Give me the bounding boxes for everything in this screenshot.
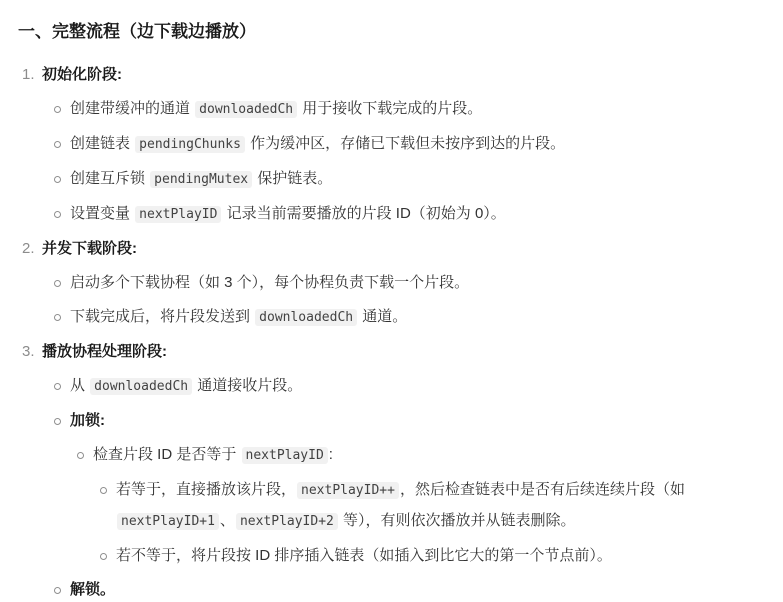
inline-code: pendingChunks	[135, 136, 245, 153]
section-content: 播放协程处理阶段:从 downloadedCh 通道接收片段。加锁:检查片段 I…	[42, 337, 765, 602]
inline-code: downloadedCh	[255, 309, 357, 326]
text-run: 通道接收片段。	[193, 377, 302, 394]
list-item: 创建链表 pendingChunks 作为缓冲区，存储已下载但未按序到达的片段。	[52, 129, 765, 164]
text-run: 、	[220, 512, 235, 529]
text-run: 创建带缓冲的通道	[70, 100, 194, 117]
list-item-content: 从 downloadedCh 通道接收片段。	[70, 371, 765, 406]
section-title: 播放协程处理阶段:	[42, 337, 765, 367]
list-item-content: 创建带缓冲的通道 downloadedCh 用于接收下载完成的片段。	[70, 94, 765, 129]
list-item: 从 downloadedCh 通道接收片段。	[52, 371, 765, 406]
list-item-text: 从 downloadedCh 通道接收片段。	[70, 371, 765, 402]
inline-code: nextPlayID	[135, 206, 221, 223]
numbered-section: 1.初始化阶段:创建带缓冲的通道 downloadedCh 用于接收下载完成的片…	[22, 60, 765, 234]
text-run: 创建链表	[70, 135, 134, 152]
section-title: 初始化阶段:	[42, 60, 765, 90]
text-run: :	[329, 446, 333, 463]
section-title: 并发下载阶段:	[42, 234, 765, 264]
text-run: 创建互斥锁	[70, 170, 149, 187]
bold-text: 解锁。	[70, 581, 115, 598]
list-item: 加锁:检查片段 ID 是否等于 nextPlayID:若等于，直接播放该片段，n…	[52, 406, 765, 575]
list-item: 创建互斥锁 pendingMutex 保护链表。	[52, 164, 765, 199]
circle-bullet-icon	[52, 268, 70, 298]
list-item-content: 创建链表 pendingChunks 作为缓冲区，存储已下载但未按序到达的片段。	[70, 129, 765, 164]
list-item-text: 加锁:	[70, 406, 765, 436]
text-run: 通道。	[358, 308, 407, 325]
circle-glyph	[54, 418, 61, 425]
circle-glyph	[54, 280, 61, 287]
text-run: 若等于，直接播放该片段，	[116, 481, 296, 498]
list-item-text: 下载完成后，将片段发送到 downloadedCh 通道。	[70, 302, 765, 333]
list-item-content: 创建互斥锁 pendingMutex 保护链表。	[70, 164, 765, 199]
bold-text: 加锁:	[70, 412, 105, 429]
circle-glyph	[54, 211, 61, 218]
list-item-content: 加锁:检查片段 ID 是否等于 nextPlayID:若等于，直接播放该片段，n…	[70, 406, 765, 575]
circle-glyph	[100, 487, 107, 494]
list-item: 设置变量 nextPlayID 记录当前需要播放的片段 ID（初始为 0）。	[52, 199, 765, 234]
circle-bullet-icon	[52, 371, 70, 401]
text-run: 设置变量	[70, 205, 134, 222]
list-item-text: 创建链表 pendingChunks 作为缓冲区，存储已下载但未按序到达的片段。	[70, 129, 765, 160]
main-ordered-list: 1.初始化阶段:创建带缓冲的通道 downloadedCh 用于接收下载完成的片…	[18, 60, 765, 602]
text-run: 等），有则依次播放并从链表删除。	[339, 512, 576, 529]
list-number: 2.	[22, 234, 42, 264]
list-item-content: 启动多个下载协程（如 3 个），每个协程负责下载一个片段。	[70, 268, 765, 302]
list-item-content: 下载完成后，将片段发送到 downloadedCh 通道。	[70, 302, 765, 337]
circle-bullet-icon	[98, 541, 116, 571]
list-item-content: 若不等于，将片段按 ID 排序插入链表（如插入到比它大的第一个节点前）。	[116, 541, 765, 575]
list-item-content: 解锁。	[70, 575, 765, 602]
text-run: ，然后检查链表中是否有后续连续片段（如	[400, 481, 685, 498]
text-run: 保护链表。	[253, 170, 332, 187]
page-title: 一、完整流程（边下载边播放）	[18, 20, 765, 44]
list-item-text: 设置变量 nextPlayID 记录当前需要播放的片段 ID（初始为 0）。	[70, 199, 765, 230]
inline-code: nextPlayID++	[297, 482, 399, 499]
list-item: 检查片段 ID 是否等于 nextPlayID:若等于，直接播放该片段，next…	[75, 440, 765, 575]
section-content: 并发下载阶段:启动多个下载协程（如 3 个），每个协程负责下载一个片段。下载完成…	[42, 234, 765, 337]
numbered-section: 3.播放协程处理阶段:从 downloadedCh 通道接收片段。加锁:检查片段…	[22, 337, 765, 602]
list-item-text: 创建互斥锁 pendingMutex 保护链表。	[70, 164, 765, 195]
list-item: 若等于，直接播放该片段，nextPlayID++，然后检查链表中是否有后续连续片…	[98, 475, 765, 541]
list-item-content: 设置变量 nextPlayID 记录当前需要播放的片段 ID（初始为 0）。	[70, 199, 765, 234]
text-run: 用于接收下载完成的片段。	[298, 100, 482, 117]
circle-bullet-icon	[52, 406, 70, 436]
text-run: 作为缓冲区，存储已下载但未按序到达的片段。	[246, 135, 565, 152]
list-item-text: 若不等于，将片段按 ID 排序插入链表（如插入到比它大的第一个节点前）。	[116, 541, 765, 571]
inline-code: nextPlayID+2	[236, 513, 338, 530]
section-content: 初始化阶段:创建带缓冲的通道 downloadedCh 用于接收下载完成的片段。…	[42, 60, 765, 234]
inline-code: downloadedCh	[195, 101, 297, 118]
list-item: 下载完成后，将片段发送到 downloadedCh 通道。	[52, 302, 765, 337]
text-run: 下载完成后，将片段发送到	[70, 308, 254, 325]
circle-bullet-icon	[98, 475, 116, 505]
circle-glyph	[54, 176, 61, 183]
list-item-text: 若等于，直接播放该片段，nextPlayID++，然后检查链表中是否有后续连续片…	[116, 475, 765, 537]
numbered-section: 2.并发下载阶段:启动多个下载协程（如 3 个），每个协程负责下载一个片段。下载…	[22, 234, 765, 337]
circle-glyph	[100, 553, 107, 560]
circle-glyph	[77, 452, 84, 459]
list-item: 启动多个下载协程（如 3 个），每个协程负责下载一个片段。	[52, 268, 765, 302]
circle-glyph	[54, 383, 61, 390]
bullet-list: 从 downloadedCh 通道接收片段。加锁:检查片段 ID 是否等于 ne…	[42, 371, 765, 602]
list-item-text: 创建带缓冲的通道 downloadedCh 用于接收下载完成的片段。	[70, 94, 765, 125]
circle-bullet-icon	[52, 164, 70, 194]
circle-bullet-icon	[52, 94, 70, 124]
list-item-content: 若等于，直接播放该片段，nextPlayID++，然后检查链表中是否有后续连续片…	[116, 475, 765, 541]
text-run: 检查片段 ID 是否等于	[93, 446, 241, 463]
text-run: 启动多个下载协程（如 3 个），每个协程负责下载一个片段。	[70, 274, 469, 291]
circle-bullet-icon	[52, 129, 70, 159]
list-item-content: 检查片段 ID 是否等于 nextPlayID:若等于，直接播放该片段，next…	[93, 440, 765, 575]
circle-glyph	[54, 141, 61, 148]
list-item-text: 启动多个下载协程（如 3 个），每个协程负责下载一个片段。	[70, 268, 765, 298]
inline-code: pendingMutex	[150, 171, 252, 188]
document-body: 一、完整流程（边下载边播放） 1.初始化阶段:创建带缓冲的通道 download…	[0, 0, 783, 602]
circle-bullet-icon	[75, 440, 93, 470]
list-number: 3.	[22, 337, 42, 367]
inline-code: nextPlayID	[242, 447, 328, 464]
inline-code: downloadedCh	[90, 378, 192, 395]
list-item-text: 解锁。	[70, 575, 765, 602]
bullet-list: 启动多个下载协程（如 3 个），每个协程负责下载一个片段。下载完成后，将片段发送…	[42, 268, 765, 337]
list-item: 创建带缓冲的通道 downloadedCh 用于接收下载完成的片段。	[52, 94, 765, 129]
text-run: 从	[70, 377, 89, 394]
text-run: 若不等于，将片段按 ID 排序插入链表（如插入到比它大的第一个节点前）。	[116, 547, 612, 564]
bullet-list: 检查片段 ID 是否等于 nextPlayID:若等于，直接播放该片段，next…	[70, 440, 765, 575]
inline-code: nextPlayID+1	[117, 513, 219, 530]
list-number: 1.	[22, 60, 42, 90]
text-run: 记录当前需要播放的片段 ID（初始为 0）。	[222, 205, 505, 222]
list-item: 解锁。	[52, 575, 765, 602]
circle-glyph	[54, 106, 61, 113]
list-item: 若不等于，将片段按 ID 排序插入链表（如插入到比它大的第一个节点前）。	[98, 541, 765, 575]
bullet-list: 创建带缓冲的通道 downloadedCh 用于接收下载完成的片段。创建链表 p…	[42, 94, 765, 234]
circle-bullet-icon	[52, 302, 70, 332]
circle-bullet-icon	[52, 199, 70, 229]
list-item-text: 检查片段 ID 是否等于 nextPlayID:	[93, 440, 765, 471]
bullet-list: 若等于，直接播放该片段，nextPlayID++，然后检查链表中是否有后续连续片…	[93, 475, 765, 575]
circle-glyph	[54, 587, 61, 594]
circle-bullet-icon	[52, 575, 70, 602]
circle-glyph	[54, 314, 61, 321]
